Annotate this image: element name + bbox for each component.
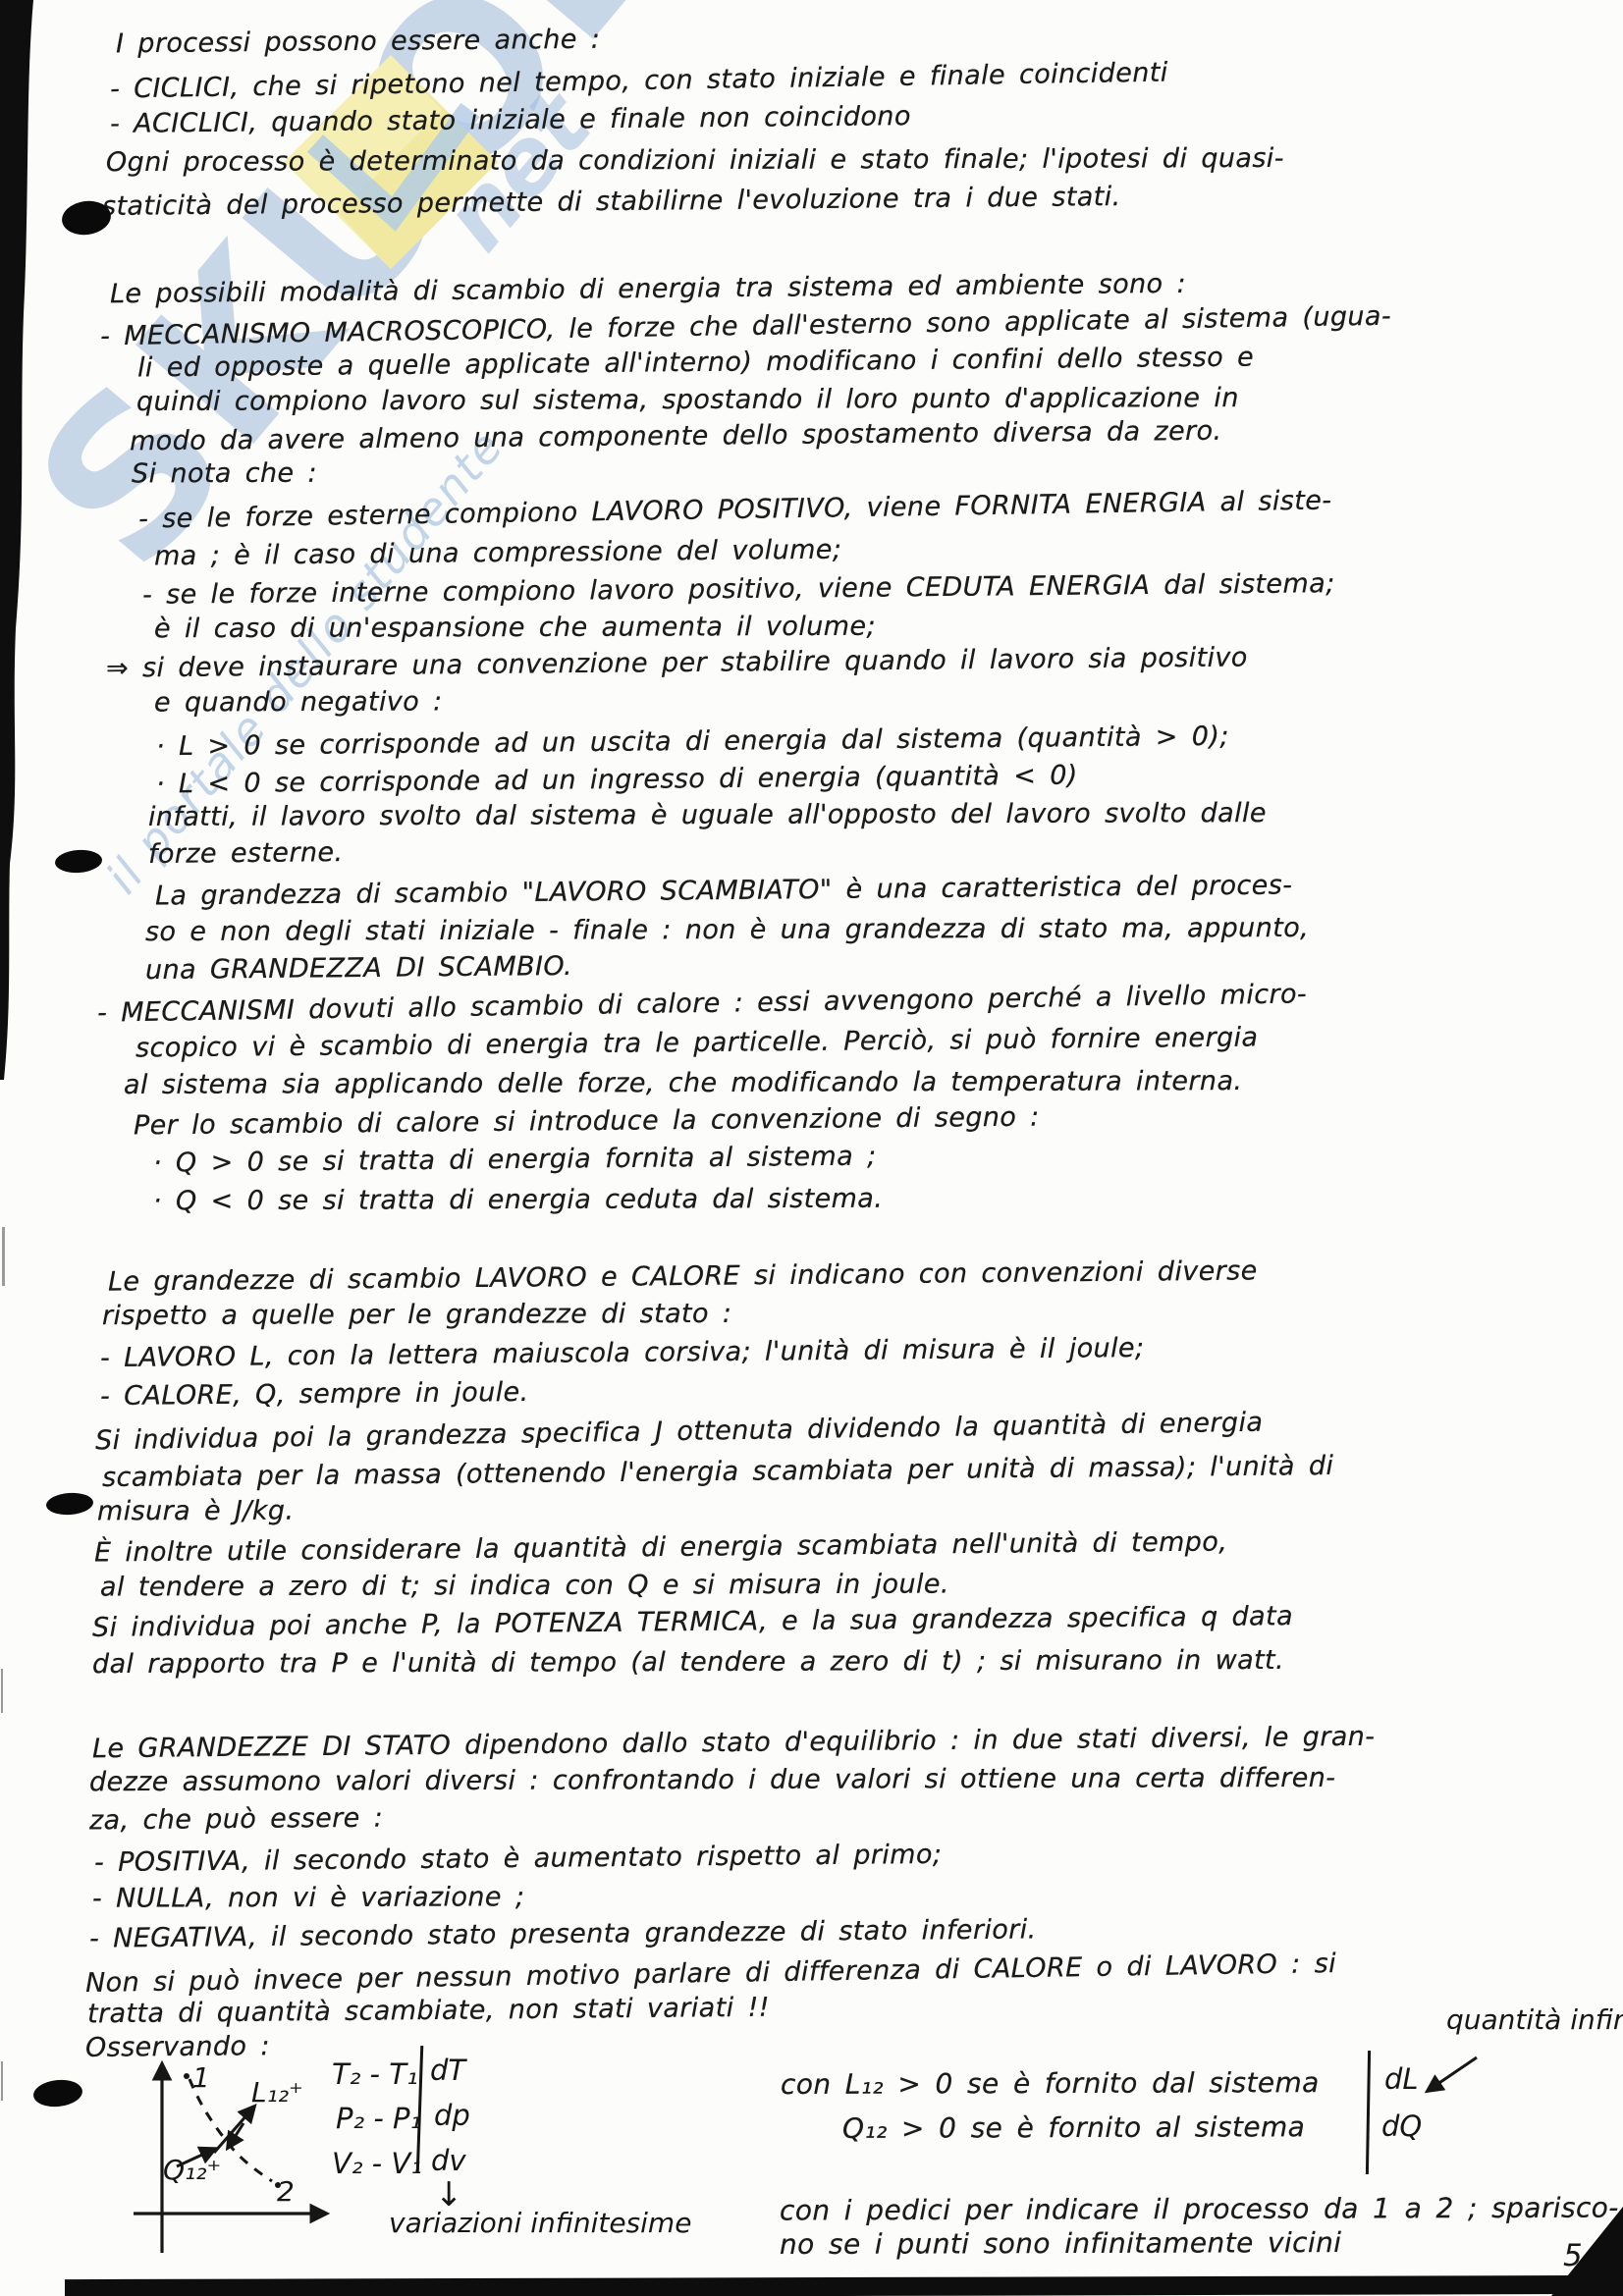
handwritten-line: rispetto a quelle per le grandezze di st… [102, 1298, 732, 1333]
heat-convention-line: Q₁₂ > 0 se è fornito al sistema [842, 2110, 1305, 2146]
notebook-page: SKUOLA il portale dello studente net I p… [0, 0, 1623, 2296]
binder-hole [54, 848, 102, 874]
sketch-point-1-label: 1 [192, 2061, 210, 2094]
delta-volume: V₂ - V₁ [332, 2147, 422, 2180]
handwritten-line: una GRANDEZZA DI SCAMBIO. [145, 950, 572, 988]
handwritten-line: - NULLA, non vi è variazione ; [92, 1881, 524, 1916]
handwritten-line: - CICLICI, che si ripetono nel tempo, co… [110, 57, 1168, 107]
scan-speck [1, 1669, 3, 1713]
handwritten-line: La grandezza di scambio "LAVORO SCAMBIAT… [155, 869, 1293, 913]
handwritten-line: - NEGATIVA, il secondo stato presenta gr… [89, 1913, 1037, 1955]
handwritten-line: al tendere a zero di t; si indica con Q … [100, 1568, 949, 1604]
handwritten-line: · Q < 0 se si tratta di energia ceduta d… [153, 1183, 883, 1219]
handwritten-line: za, che può essere : [89, 1802, 383, 1839]
handwritten-line: I processi possono essere anche : [116, 24, 601, 62]
sketch-heat-label: Q₁₂⁺ [163, 2154, 221, 2186]
differential-volume: dv [431, 2144, 466, 2177]
differential-temperature: dT [430, 2054, 465, 2087]
handwritten-line: infatti, il lavoro svolto dal sistema è … [148, 797, 1267, 834]
handwritten-line: - POSITIVA, il secondo stato è aumentato… [94, 1839, 943, 1880]
handwritten-line: - ACICLICI, quando stato iniziale e fina… [110, 100, 911, 141]
handwritten-line: ma ; è il caso di una compressione del v… [154, 534, 842, 574]
handwritten-line: È inoltre utile considerare la quantità … [94, 1525, 1227, 1570]
handwritten-line: - CALORE, Q, sempre in joule. [100, 1376, 529, 1414]
scan-edge-left [0, 0, 39, 1178]
handwritten-line: Si nota che : [132, 457, 317, 492]
work-convention-line: con L₁₂ > 0 se è fornito dal sistema [781, 2066, 1320, 2102]
handwritten-line: quindi compiono lavoro sul sistema, spos… [136, 382, 1239, 419]
infinitesimal-variations-note: variazioni infinitesime [389, 2209, 536, 2238]
binder-hole [32, 2077, 84, 2109]
differential-pressure: dp [434, 2099, 470, 2132]
handwritten-line: Per lo scambio di calore si introduce la… [134, 1101, 1040, 1144]
binder-hole [45, 1491, 93, 1516]
handwritten-line: - se le forze interne compiono lavoro po… [142, 567, 1335, 613]
subscripts-note-line: con i pedici per indicare il processo da… [780, 2192, 1619, 2228]
sketch-point-2-label: 2 [277, 2175, 295, 2208]
scan-speck [1, 2061, 3, 2101]
handwritten-line: Si individua poi la grandezza specifica … [95, 1407, 1264, 1459]
delta-temperature: T₂ - T₁ [332, 2057, 418, 2091]
handwritten-line: · Q > 0 se si tratta di energia fornita … [153, 1140, 877, 1180]
infinitesimal-quantities-note: quantità infinitesime [1446, 2005, 1579, 2035]
handwritten-line: dezze assumono valori diversi : confront… [89, 1762, 1335, 1799]
sketch-work-label: L₁₂⁺ [251, 2076, 303, 2109]
handwritten-line: Si individua poi anche P, la POTENZA TER… [92, 1600, 1293, 1645]
handwritten-line: · L < 0 se corrisponde ad un ingresso di… [156, 759, 1078, 801]
handwritten-line: ⇒ si deve instaurare una convenzione per… [106, 641, 1248, 685]
handwritten-line: Ogni processo è determinato da condizion… [106, 142, 1284, 180]
handwritten-line: tratta di quantità scambiate, non stati … [87, 1992, 770, 2032]
scan-edge-bottom [65, 2275, 1623, 2296]
handwritten-line: forze esterne. [148, 836, 344, 872]
handwritten-line: dal rapporto tra P e l'unità di tempo (a… [92, 1644, 1284, 1682]
handwritten-line: scopico vi è scambio di energia tra le p… [135, 1022, 1259, 1066]
handwritten-line: Le grandezze di scambio LAVORO e CALORE … [108, 1255, 1258, 1299]
handwritten-line: scambiata per la massa (ottenendo l'ener… [102, 1450, 1334, 1495]
handwritten-line: · L > 0 se corrisponde ad un uscita di e… [156, 721, 1229, 764]
handwritten-line: e quando negativo : [154, 685, 443, 720]
note-arrow-icon [1414, 2050, 1488, 2104]
handwritten-line: - se le forze esterne compiono LAVORO PO… [138, 484, 1332, 536]
handwritten-line: - LAVORO L, con la lettera maiuscola cor… [100, 1332, 1145, 1375]
heat-differential: dQ [1381, 2109, 1422, 2143]
delta-pressure: P₂ - P₁ [336, 2102, 421, 2135]
handwritten-line: misura è J/kg. [97, 1495, 295, 1529]
handwritten-line: al sistema sia applicando delle forze, c… [124, 1065, 1242, 1102]
scan-speck [2, 1227, 5, 1286]
handwritten-line: Le GRANDEZZE DI STATO dipendono dallo st… [92, 1721, 1376, 1767]
handwritten-line: so e non degli stati iniziale - finale :… [145, 912, 1309, 949]
convention-divider-bar [1366, 2051, 1371, 2174]
subscripts-note-line: no se i punti sono infinitamente vicini [780, 2226, 1342, 2262]
handwritten-line: è il caso di un'espansione che aumenta i… [154, 611, 876, 647]
state-diagram-sketch [118, 2047, 353, 2268]
